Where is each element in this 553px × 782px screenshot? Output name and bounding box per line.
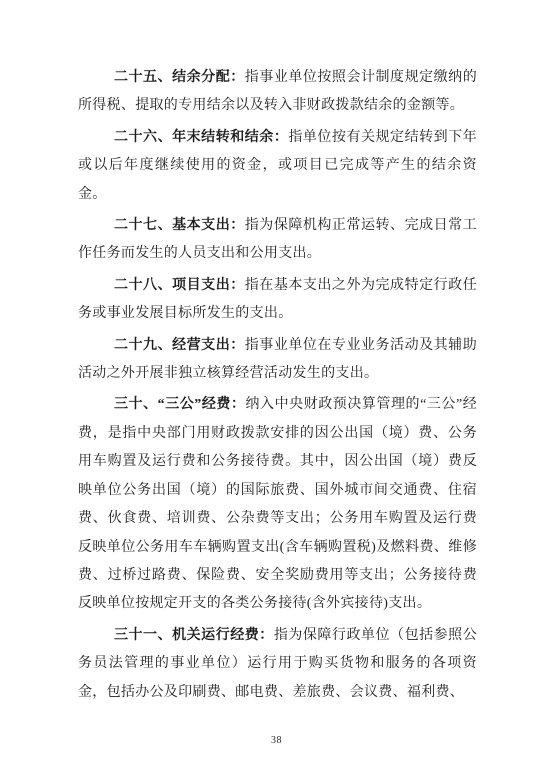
document-body: 二十五、结余分配：指事业单位按照会计制度规定缴纳的所得税、提取的专用结余以及转入… (78, 64, 477, 707)
term-definition: 纳入中央财政预决算管理的“三公”经费，是指中央部门用财政拨款安排的因公出国（境）… (78, 397, 477, 611)
term-label: 三十、“三公”经费： (114, 397, 246, 412)
definition-paragraph: 二十七、基本支出：指为保障机构正常运转、完成日常工作任务而发生的人员支出和公用支… (78, 212, 477, 269)
definition-paragraph: 三十一、机关运行经费：指为保障行政单位（包括参照公务员法管理的事业单位）运行用于… (78, 622, 477, 707)
definition-paragraph: 二十六、年末结转和结余：指单位按有关规定结转到下年或以后年度继续使用的资金，或项… (78, 124, 477, 209)
document-page: 二十五、结余分配：指事业单位按照会计制度规定缴纳的所得税、提取的专用结余以及转入… (0, 0, 553, 782)
term-label: 二十六、年末结转和结余： (114, 130, 288, 145)
definition-paragraph: 二十八、项目支出：指在基本支出之外为完成特定行政任务或事业发展目标所发生的支出。 (78, 272, 477, 329)
definition-paragraph: 二十五、结余分配：指事业单位按照会计制度规定缴纳的所得税、提取的专用结余以及转入… (78, 64, 477, 121)
page-number: 38 (0, 735, 553, 746)
term-label: 二十五、结余分配： (114, 70, 245, 85)
term-label: 二十九、经营支出： (114, 338, 245, 353)
definition-paragraph: 二十九、经营支出：指事业单位在专业业务活动及其辅助活动之外开展非独立核算经营活动… (78, 332, 477, 389)
term-label: 三十一、机关运行经费： (114, 628, 274, 643)
term-label: 二十七、基本支出： (114, 218, 245, 233)
definition-paragraph: 三十、“三公”经费：纳入中央财政预决算管理的“三公”经费，是指中央部门用财政拨款… (78, 391, 477, 618)
term-label: 二十八、项目支出： (114, 278, 245, 293)
